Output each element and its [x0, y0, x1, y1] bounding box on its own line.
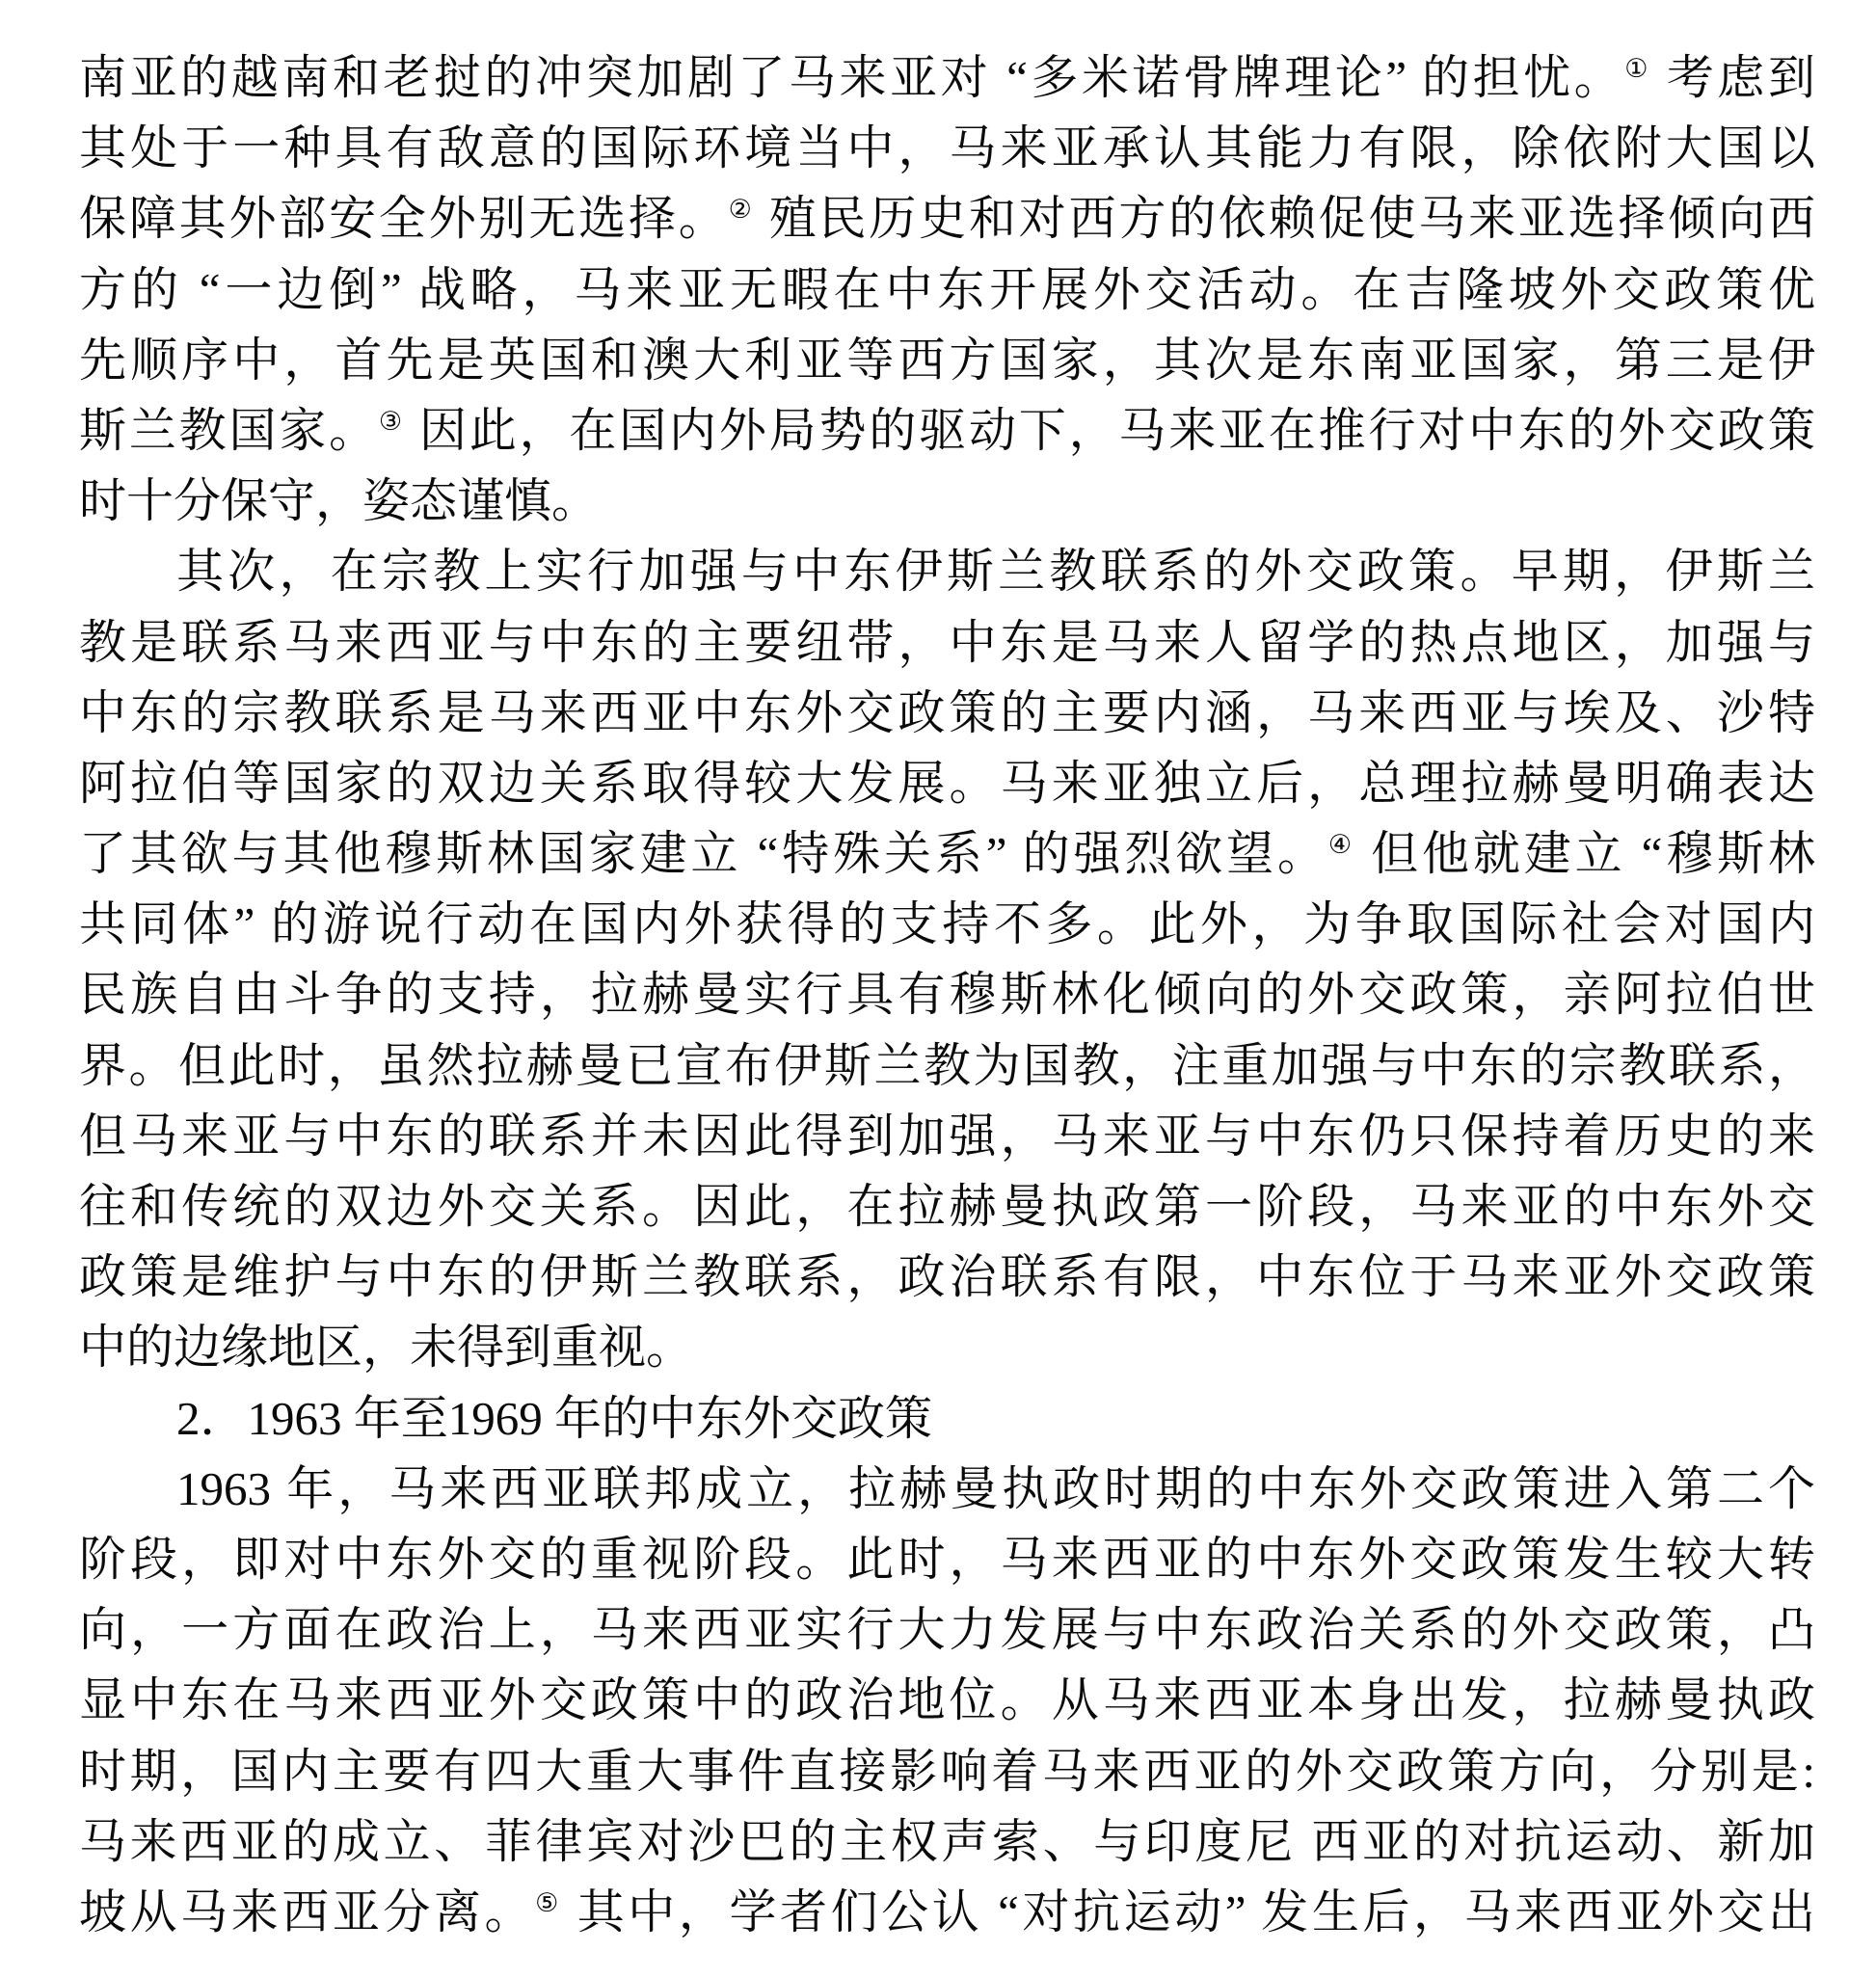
line-text: 殖民历史和对西方的依赖促使马来亚选择倾向西: [755, 192, 1815, 245]
text-line: 先顺序中，首先是英国和澳大利亚等西方国家，其次是东南亚国家，第三是伊: [79, 325, 1815, 395]
text-line: 向，一方面在政治上，马来西亚实行大力发展与中东政治关系的外交政策，凸: [79, 1594, 1815, 1665]
text-line: 时十分保守，姿态谨慎。: [79, 466, 1815, 536]
text-line: 阶段，即对中东外交的重视阶段。此时，马来西亚的中东外交政策发生较大转: [79, 1524, 1815, 1594]
text-line: 保障其外部安全外别无选择。② 殖民历史和对西方的依赖促使马来亚选择倾向西: [79, 183, 1815, 254]
text-line: 但马来亚与中东的联系并未因此得到加强，马来亚与中东仍只保持着历史的来: [79, 1101, 1815, 1171]
paragraph: 其次，在宗教上实行加强与中东伊斯兰教联系的外交政策。早期，伊斯兰 教是联系马来西…: [79, 536, 1815, 1382]
line-text: 南亚的越南和老挝的冲突加剧了马来亚对 “多米诺骨牌理论” 的担忧。: [79, 51, 1624, 104]
text-line: 其次，在宗教上实行加强与中东伊斯兰教联系的外交政策。早期，伊斯兰: [79, 536, 1815, 606]
text-line: 阿拉伯等国家的双边关系取得较大发展。马来亚独立后，总理拉赫曼明确表达: [79, 748, 1815, 818]
line-text: 了其欲与其他穆斯林国家建立 “特殊关系” 的强烈欲望。: [79, 827, 1328, 880]
text-line: 教是联系马来西亚与中东的主要纽带，中东是马来人留学的热点地区，加强与: [79, 607, 1815, 678]
text-line: 政策是维护与中东的伊斯兰教联系，政治联系有限，中东位于马来亚外交政策: [79, 1242, 1815, 1312]
text-line: 民族自由斗争的支持，拉赫曼实行具有穆斯林化倾向的外交政策，亲阿拉伯世: [79, 959, 1815, 1029]
text-line: 往和传统的双边外交关系。因此，在拉赫曼执政第一阶段，马来亚的中东外交: [79, 1171, 1815, 1242]
text-line: 马来西亚的成立、菲律宾对沙巴的主权声索、与印度尼 西亚的对抗运动、新加: [79, 1806, 1815, 1877]
paragraph: 1963 年，马来西亚联邦成立，拉赫曼执政时期的中东外交政策进入第二个 阶段，即…: [79, 1454, 1815, 1947]
text-line: 其处于一种具有敌意的国际环境当中，马来亚承认其能力有限，除依附大国以: [79, 113, 1815, 183]
line-text: 坡从马来西亚分离。: [79, 1885, 535, 1938]
line-text: 但他就建立 “穆斯林: [1355, 827, 1815, 880]
text-line: 显中东在马来西亚外交政策中的政治地位。从马来西亚本身出发，拉赫曼执政: [79, 1665, 1815, 1735]
text-line: 共同体” 的游说行动在国内外获得的支持不多。此外，为争取国际社会对国内: [79, 889, 1815, 959]
text-line: 中东的宗教联系是马来西亚中东外交政策的主要内涵，马来西亚与埃及、沙特: [79, 678, 1815, 748]
line-text: 因此，在国内外局势的驱动下，马来亚在推行对中东的外交政策: [405, 404, 1815, 457]
text-line: 1963 年，马来西亚联邦成立，拉赫曼执政时期的中东外交政策进入第二个: [79, 1454, 1815, 1524]
text-line: 南亚的越南和老挝的冲突加剧了马来亚对 “多米诺骨牌理论” 的担忧。① 考虑到: [79, 42, 1815, 113]
line-text: 保障其外部安全外别无选择。: [79, 192, 729, 245]
line-text: 考虑到: [1651, 51, 1815, 104]
text-line: 斯兰教国家。③ 因此，在国内外局势的驱动下，马来亚在推行对中东的外交政策: [79, 395, 1815, 466]
footnote-marker: ④: [1328, 830, 1355, 860]
footnote-marker: ⑤: [535, 1888, 562, 1918]
text-line: 界。但此时，虽然拉赫曼已宣布伊斯兰教为国教，注重加强与中东的宗教联系，: [79, 1030, 1815, 1101]
paragraph-continuation: 南亚的越南和老挝的冲突加剧了马来亚对 “多米诺骨牌理论” 的担忧。① 考虑到 其…: [79, 42, 1815, 536]
text-line: 中的边缘地区，未得到重视。: [79, 1312, 1815, 1382]
line-text: 斯兰教国家。: [79, 404, 379, 457]
text-line: 坡从马来西亚分离。⑤ 其中，学者们公认 “对抗运动” 发生后，马来西亚外交出: [79, 1877, 1815, 1947]
text-line: 时期，国内主要有四大重大事件直接影响着马来西亚的外交政策方向，分别是:: [79, 1736, 1815, 1806]
document-page: 南亚的越南和老挝的冲突加剧了马来亚对 “多米诺骨牌理论” 的担忧。① 考虑到 其…: [79, 42, 1815, 1947]
text-line: 了其欲与其他穆斯林国家建立 “特殊关系” 的强烈欲望。④ 但他就建立 “穆斯林: [79, 818, 1815, 889]
section-heading: 2．1963 年至1969 年的中东外交政策: [79, 1383, 1815, 1454]
text-line: 方的 “一边倒” 战略，马来亚无暇在中东开展外交活动。在吉隆坡外交政策优: [79, 254, 1815, 325]
footnote-marker: ②: [729, 195, 755, 225]
line-text: 其中，学者们公认 “对抗运动” 发生后，马来西亚外交出: [562, 1885, 1815, 1938]
footnote-marker: ③: [379, 407, 405, 437]
footnote-marker: ①: [1624, 54, 1651, 84]
